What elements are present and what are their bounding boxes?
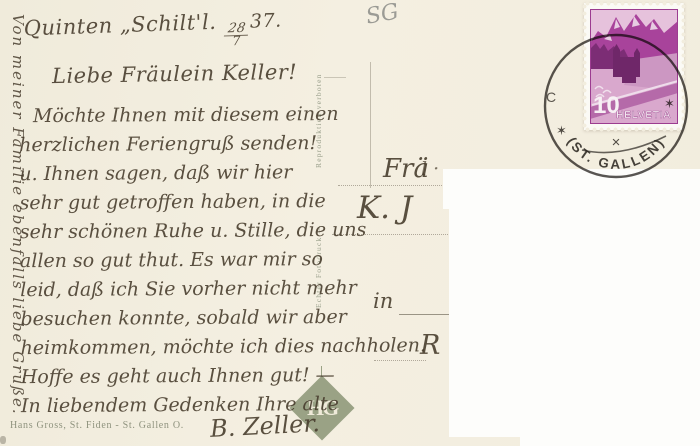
message-line: besuchen konnte, sobald wir aber bbox=[20, 303, 360, 334]
message-line: allen so gut thut. Es war mir so bbox=[20, 245, 360, 276]
message-line: sehr schönen Ruhe u. Stille, die uns bbox=[20, 216, 360, 247]
redaction-block bbox=[520, 435, 700, 446]
date-fraction: 287 bbox=[224, 23, 248, 49]
center-divider-line bbox=[370, 62, 371, 188]
message-line: herzlichen Feriengruß senden! bbox=[19, 129, 359, 160]
message-line: heimkommen, möchte ich dies nachholen. bbox=[21, 332, 361, 363]
perforation-edge bbox=[584, 0, 684, 7]
address-line-2: K. J bbox=[357, 190, 412, 226]
address-dotted-line-3 bbox=[374, 360, 426, 361]
corner-smudge bbox=[0, 436, 6, 444]
publisher-imprint: Hans Gross, St. Fiden - St. Gallen O. bbox=[10, 420, 184, 431]
address-line-3: in bbox=[373, 289, 393, 313]
message-line: Möchte Ihnen mit diesem einen bbox=[19, 100, 359, 131]
message-body: Möchte Ihnen mit diesem einen herzlichen… bbox=[19, 100, 361, 421]
address-line-1-fragment: l · bbox=[421, 158, 439, 180]
date-year: 37. bbox=[250, 10, 282, 33]
date-month: 7 bbox=[232, 36, 241, 48]
postmark-star-left: ✶ bbox=[556, 123, 567, 138]
postmark-st-gallen: (ST. GALLEN) ✶ ✶ C × bbox=[542, 32, 692, 182]
printed-tick-line bbox=[324, 77, 346, 78]
message-line: sehr gut getroffen haben, in die bbox=[19, 187, 359, 218]
message-line: Hoffe es geht auch Ihnen gut! — bbox=[21, 361, 361, 392]
message-line: u. Ihnen sagen, daß wir hier bbox=[19, 158, 359, 189]
place-date-line: Quinten „Schilt'l.28737. bbox=[23, 8, 282, 56]
address-underline bbox=[399, 314, 453, 315]
redaction-block bbox=[449, 179, 700, 437]
postmark-star-right: ✶ bbox=[664, 96, 675, 111]
postcard-back: Hans Gross, St. Fiden - St. Gallen O. Re… bbox=[0, 0, 700, 446]
postmark-index-letter: C bbox=[546, 89, 556, 105]
place-name: Quinten „Schilt'l. bbox=[23, 10, 216, 41]
salutation-line: Liebe Fräulein Keller! bbox=[52, 60, 298, 88]
pencil-code: SG bbox=[364, 0, 401, 30]
address-line-4: R bbox=[420, 330, 440, 361]
signature: B. Zeller. bbox=[209, 409, 320, 443]
postmark-cross: × bbox=[612, 134, 621, 151]
date-day: 28 bbox=[223, 23, 249, 37]
message-line: leid, daß ich Sie vorher nicht mehr bbox=[20, 274, 360, 305]
